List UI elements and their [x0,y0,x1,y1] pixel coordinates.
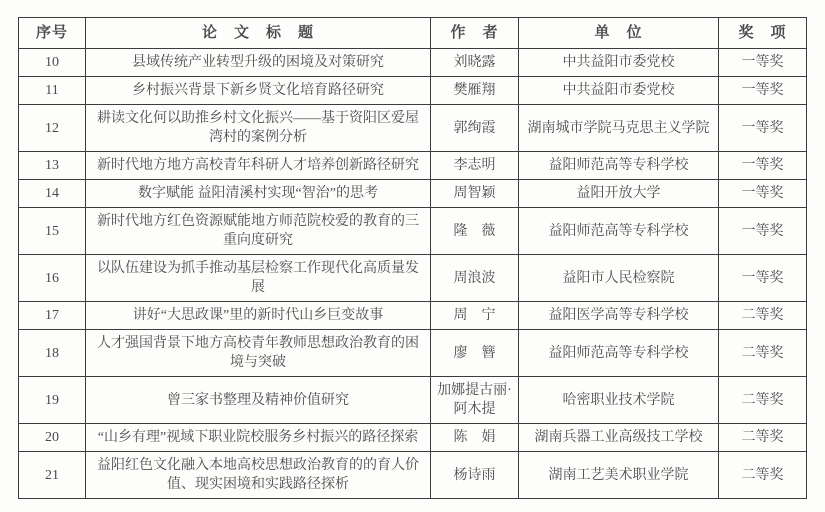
cell-title: 县域传统产业转型升级的困境及对策研究 [86,49,431,77]
cell-index: 17 [19,302,86,330]
cell-award: 二等奖 [719,330,807,377]
cell-author: 陈 娟 [431,424,519,452]
cell-unit: 湖南工艺美术职业学院 [519,452,719,499]
cell-index: 18 [19,330,86,377]
cell-author: 刘晓露 [431,49,519,77]
col-header-award: 奖 项 [719,18,807,49]
cell-title: 讲好“大思政课”里的新时代山乡巨变故事 [86,302,431,330]
cell-index: 11 [19,77,86,105]
cell-index: 19 [19,377,86,424]
cell-unit: 益阳市人民检察院 [519,255,719,302]
cell-index: 13 [19,152,86,180]
cell-title: 数字赋能 益阳清溪村实现“智治”的思考 [86,180,431,208]
cell-title: 耕读文化何以助推乡村文化振兴——基于资阳区爱屋湾村的案例分析 [86,105,431,152]
cell-award: 一等奖 [719,180,807,208]
cell-index: 15 [19,208,86,255]
col-header-index: 序号 [19,18,86,49]
cell-author: 周浪波 [431,255,519,302]
cell-title: 新时代地方红色资源赋能地方师范院校爱的教育的三重向度研究 [86,208,431,255]
cell-title: 人才强国背景下地方高校青年教师思想政治教育的困境与突破 [86,330,431,377]
table-row: 18人才强国背景下地方高校青年教师思想政治教育的困境与突破廖 簪益阳师范高等专科… [19,330,807,377]
header-row: 序号 论 文 标 题 作 者 单 位 奖 项 [19,18,807,49]
table-row: 21益阳红色文化融入本地高校思想政治教育的的育人价值、现实困境和实践路径探析杨诗… [19,452,807,499]
table-row: 17讲好“大思政课”里的新时代山乡巨变故事周 宁益阳医学高等专科学校二等奖 [19,302,807,330]
cell-title: “山乡有理”视域下职业院校服务乡村振兴的路径探索 [86,424,431,452]
cell-award: 二等奖 [719,424,807,452]
table-row: 13新时代地方地方高校青年科研人才培养创新路径研究李志明益阳师范高等专科学校一等… [19,152,807,180]
cell-author: 廖 簪 [431,330,519,377]
cell-author: 樊雁翔 [431,77,519,105]
cell-author: 加娜提古丽·阿木提 [431,377,519,424]
cell-index: 20 [19,424,86,452]
cell-author: 杨诗雨 [431,452,519,499]
cell-award: 一等奖 [719,152,807,180]
cell-author: 周 宁 [431,302,519,330]
cell-author: 李志明 [431,152,519,180]
col-header-unit: 单 位 [519,18,719,49]
col-header-author: 作 者 [431,18,519,49]
cell-unit: 中共益阳市委党校 [519,49,719,77]
cell-author: 郭绚霞 [431,105,519,152]
cell-award: 一等奖 [719,49,807,77]
cell-award: 一等奖 [719,105,807,152]
table-row: 11乡村振兴背景下新乡贤文化培育路径研究樊雁翔中共益阳市委党校一等奖 [19,77,807,105]
cell-title: 新时代地方地方高校青年科研人才培养创新路径研究 [86,152,431,180]
table-row: 15新时代地方红色资源赋能地方师范院校爱的教育的三重向度研究隆 薇益阳师范高等专… [19,208,807,255]
cell-title: 乡村振兴背景下新乡贤文化培育路径研究 [86,77,431,105]
cell-unit: 哈密职业技术学院 [519,377,719,424]
cell-unit: 益阳师范高等专科学校 [519,208,719,255]
scanned-page: 序号 论 文 标 题 作 者 单 位 奖 项 10县域传统产业转型升级的困境及对… [0,0,825,499]
cell-index: 21 [19,452,86,499]
cell-award: 一等奖 [719,208,807,255]
table-row: 14数字赋能 益阳清溪村实现“智治”的思考周智颖益阳开放大学一等奖 [19,180,807,208]
cell-author: 隆 薇 [431,208,519,255]
cell-index: 10 [19,49,86,77]
cell-title: 以队伍建设为抓手推动基层检察工作现代化高质量发展 [86,255,431,302]
table-row: 19曾三家书整理及精神价值研究加娜提古丽·阿木提哈密职业技术学院二等奖 [19,377,807,424]
table-body: 10县域传统产业转型升级的困境及对策研究刘晓露中共益阳市委党校一等奖11乡村振兴… [19,49,807,499]
cell-title: 曾三家书整理及精神价值研究 [86,377,431,424]
table-row: 10县域传统产业转型升级的困境及对策研究刘晓露中共益阳市委党校一等奖 [19,49,807,77]
cell-award: 二等奖 [719,302,807,330]
table-row: 12耕读文化何以助推乡村文化振兴——基于资阳区爱屋湾村的案例分析郭绚霞湖南城市学… [19,105,807,152]
cell-title: 益阳红色文化融入本地高校思想政治教育的的育人价值、现实困境和实践路径探析 [86,452,431,499]
cell-award: 一等奖 [719,77,807,105]
cell-unit: 益阳师范高等专科学校 [519,152,719,180]
cell-award: 一等奖 [719,255,807,302]
cell-unit: 中共益阳市委党校 [519,77,719,105]
cell-unit: 益阳开放大学 [519,180,719,208]
awards-table: 序号 论 文 标 题 作 者 单 位 奖 项 10县域传统产业转型升级的困境及对… [18,17,807,499]
cell-index: 12 [19,105,86,152]
cell-unit: 益阳师范高等专科学校 [519,330,719,377]
cell-index: 14 [19,180,86,208]
cell-award: 二等奖 [719,452,807,499]
cell-award: 二等奖 [719,377,807,424]
cell-unit: 湖南城市学院马克思主义学院 [519,105,719,152]
table-row: 16以队伍建设为抓手推动基层检察工作现代化高质量发展周浪波益阳市人民检察院一等奖 [19,255,807,302]
table-row: 20“山乡有理”视域下职业院校服务乡村振兴的路径探索陈 娟湖南兵器工业高级技工学… [19,424,807,452]
table-header: 序号 论 文 标 题 作 者 单 位 奖 项 [19,18,807,49]
cell-index: 16 [19,255,86,302]
col-header-title: 论 文 标 题 [86,18,431,49]
cell-unit: 湖南兵器工业高级技工学校 [519,424,719,452]
cell-unit: 益阳医学高等专科学校 [519,302,719,330]
cell-author: 周智颖 [431,180,519,208]
